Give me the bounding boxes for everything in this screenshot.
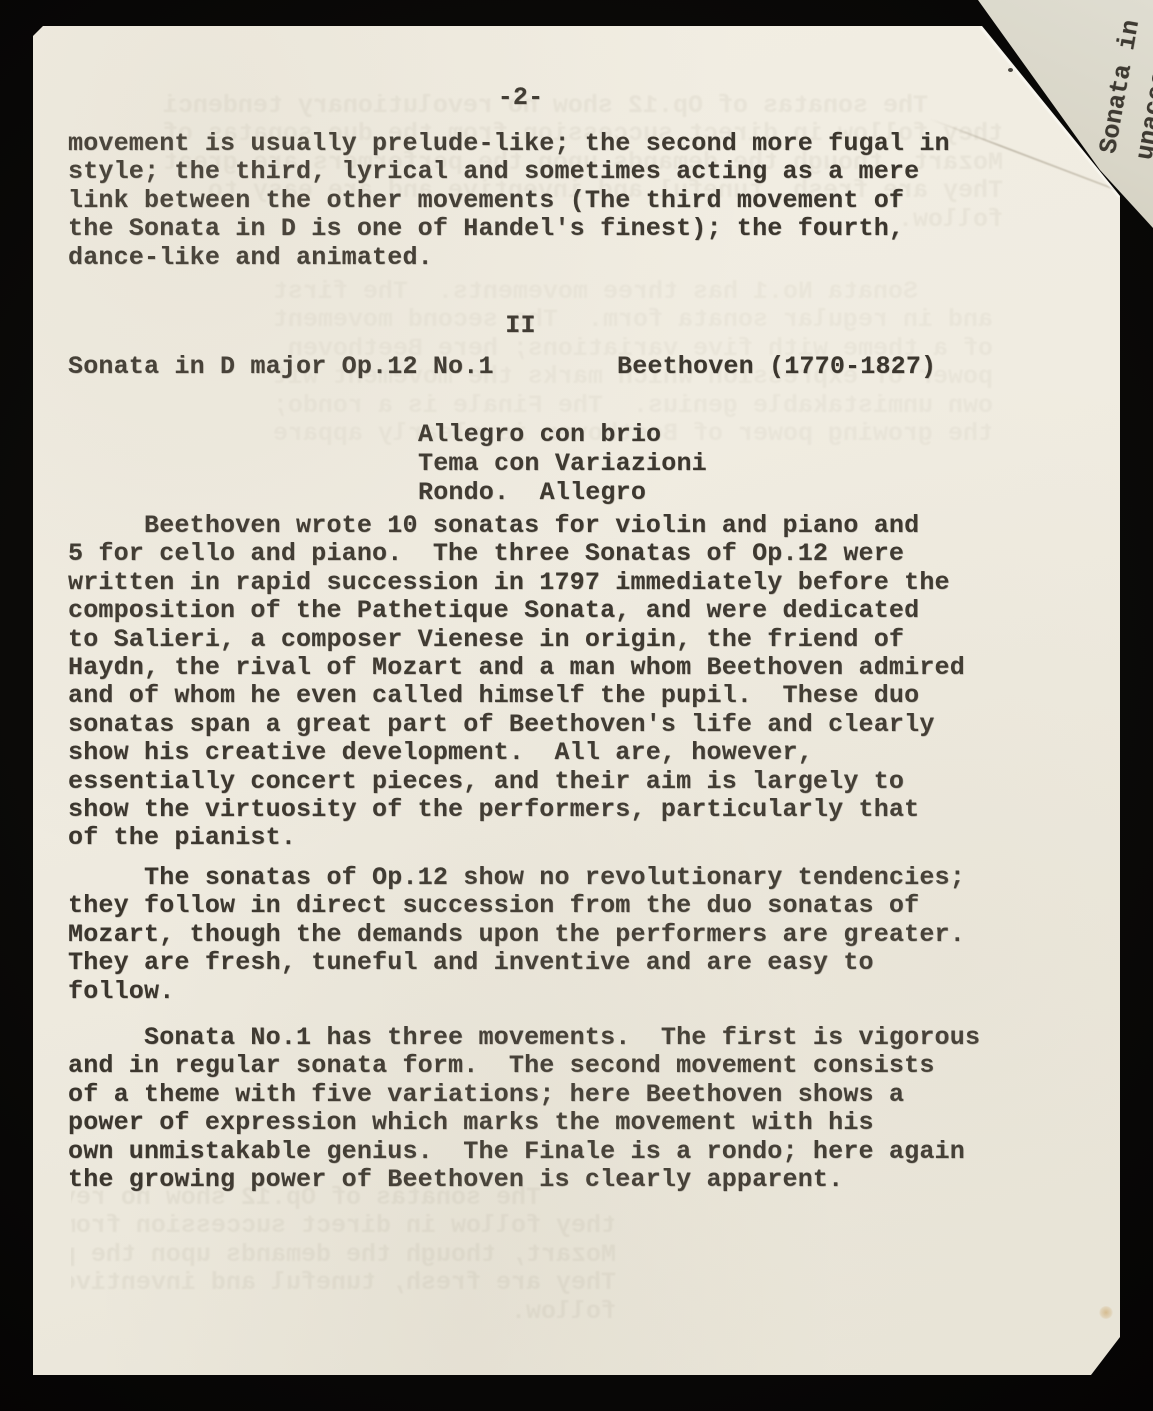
composer-name: Beethoven (1770-1827) — [617, 353, 936, 381]
body-paragraph-3: Sonata No.1 has three movements. The fir… — [68, 1024, 980, 1194]
section-heading: II — [68, 312, 973, 340]
overlay-page-text: Sonata in unaccomp — [1090, 17, 1153, 163]
body-paragraph-2: The sonatas of Op.12 show no revolutiona… — [68, 864, 965, 1006]
body-paragraph-1: Beethoven wrote 10 sonatas for violin an… — [68, 512, 965, 853]
continuation-paragraph: movement is usually prelude-like; the se… — [68, 130, 950, 272]
work-title: Sonata in D major Op.12 No.1 — [68, 353, 494, 381]
movement-list: Allegro con brio Tema con Variazioni Ron… — [418, 420, 707, 507]
document-page: The sonatas of Op.12 show no revolutiona… — [33, 26, 1120, 1375]
page-number: -2- — [68, 84, 973, 112]
ink-speck — [1008, 68, 1013, 72]
bleed-through-text: The sonatas of Op.12 show no revolutiona… — [71, 1184, 616, 1334]
paper-stain — [1099, 1306, 1113, 1319]
